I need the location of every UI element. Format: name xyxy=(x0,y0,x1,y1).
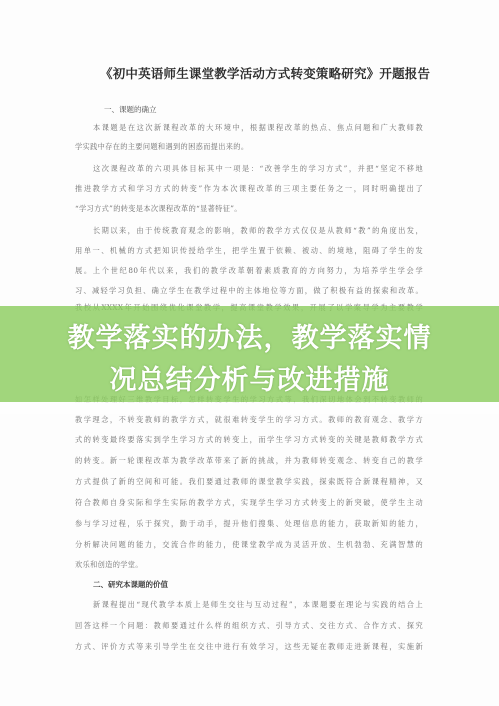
paragraph-line: 这次课程改革的六项具体目标其中一项是：“改善学生的学习方式”，并把“坚定不移地 xyxy=(93,164,423,174)
title-banner: 教学落实的办法，教学落实情 况总结分析与改进措施 xyxy=(0,306,499,402)
paragraph-line: “学习方式”的转变是本次课程改革的“显著特征”。 xyxy=(75,204,423,214)
section-heading-2: 二、研究本课题的价值 xyxy=(93,579,168,590)
paragraph-line: 习、减轻学习负担、确立学生在教学过程中的主体地位等方面，做了积极有益的探索和改革… xyxy=(75,286,423,296)
paragraph-line: 符合教师自身实际和学生实际的教学方式，实现学生学习方式转变上的新突破，使学生主动 xyxy=(75,498,423,508)
paragraph-line: 的转变。新一轮课程改革为教学改革带来了新的挑战，并为教师转变观念、转变自己的教学 xyxy=(75,456,423,466)
paragraph-line: 展。上个世纪80年代以来，我们的教学改革朝着素质教育的方向努力，为培养学生学会学 xyxy=(75,266,423,276)
document-title: 《初中英语师生课堂教学活动方式转变策略研究》开题报告 xyxy=(100,64,440,82)
paragraph-line: 方式提供了新的空间和可能。我们要通过教师的课堂教学实践，探索既符合新课程精神，又 xyxy=(75,477,423,487)
paragraph-line: 回答这样一个问题：教师要通过什么样的组织方式、引导方式、交往方式、合作方式、探究 xyxy=(75,621,423,631)
paragraph-line: 新课程提出“现代教学本质上是师生交往与互动过程”，本课题要在理论与实践的结合上 xyxy=(93,600,423,610)
paragraph-line: 学实践中存在的主要问题和遇到的困惑而提出来的。 xyxy=(75,142,423,152)
paragraph-line: 本课题是在这次新课程改革的大环境中，根据课程改革的热点、焦点问题和广大教师教 xyxy=(93,123,423,133)
banner-title-line-1: 教学落实的办法，教学落实情 xyxy=(0,316,499,355)
section-heading-1: 一、课题的确立 xyxy=(104,104,157,115)
banner-title-line-2: 况总结分析与改进措施 xyxy=(0,358,499,397)
paragraph-line: 长期以来，由于传统教育观念的影响，教师的教学方式仅仅是从教师“教”的角度出发， xyxy=(93,226,423,236)
paragraph-line: 推进教学方式和学习方式的转变”作为本次课程改革的三项主要任务之一，同时明确提出了 xyxy=(75,184,423,194)
paragraph-line: 用单一、机械的方式把知识传授给学生，把学生置于依赖、被动、的境地，阻碍了学生的发 xyxy=(75,246,423,256)
paragraph-line: 方式、评价方式等来引导学生在交往中进行有效学习，这些无疑在教师走进新课程，实施新 xyxy=(75,642,423,652)
paragraph-line: 参与学习过程，乐于探究，勤于动手，提升他们搜集、处理信息的能力，获取新知的能力， xyxy=(75,519,423,529)
banner-fade-overlay xyxy=(0,402,499,420)
paragraph-line: 欢乐和创造的学堂。 xyxy=(75,560,423,570)
paragraph-line: 式的转变最终要落实到学生学习方式的转变上，而学生学习方式转变的关键是教师教学方式 xyxy=(75,435,423,445)
paragraph-line: 分析解决问题的能力，交流合作的能力，使课堂教学成为灵活开放、生机勃勃、充满智慧的 xyxy=(75,540,423,550)
